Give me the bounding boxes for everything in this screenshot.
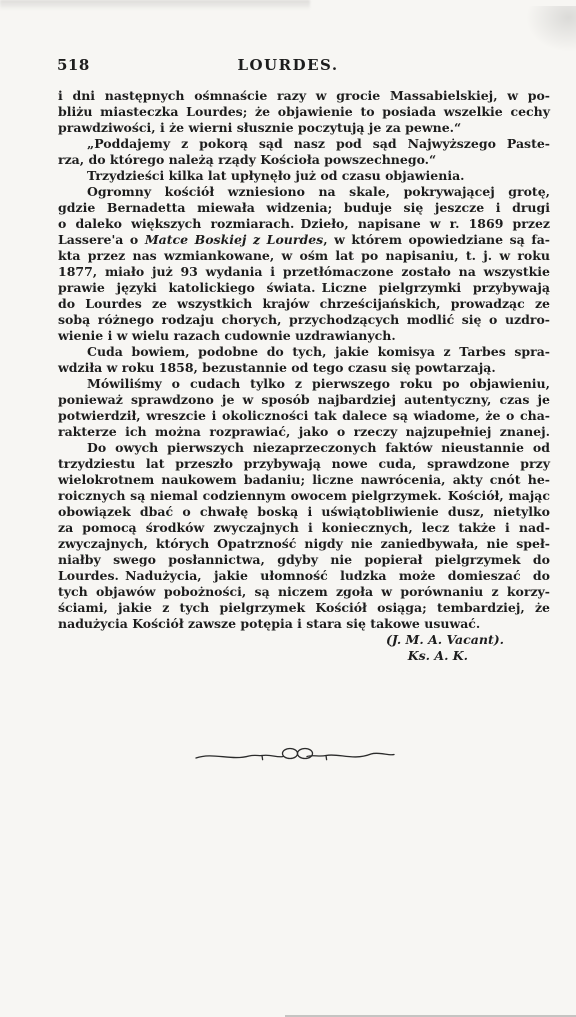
text-line: zwyczajnych, których Opatrzność nigdy ni… (58, 536, 550, 552)
text-line: prawie języki katolickiego świata. Liczn… (58, 280, 550, 296)
text-line: Trzydzieści kilka lat upłynęło już od cz… (58, 168, 550, 184)
text-line: sobą różnego rodzaju chorych, przychodzą… (58, 312, 550, 328)
text-line: o daleko większych rozmiarach. Dzieło, n… (58, 216, 550, 232)
running-title: LOURDES. (0, 56, 576, 74)
attribution: (J. M. A. Vacant).Ks. A. K. (58, 632, 550, 664)
paragraph: Ogromny kościół wzniesiono na skale, pok… (58, 184, 550, 344)
text-line: bliżu miasteczka Lourdes; że objawienie … (58, 104, 550, 120)
text-line: ponieważ sprawdzono je w sposób najbardz… (58, 392, 550, 408)
paragraph: „Poddajemy z pokorą sąd nasz pod sąd Naj… (58, 136, 550, 168)
text-line: Lassere'a o Matce Boskiej z Lourdes, w k… (58, 232, 550, 248)
text-line: wdziła w roku 1858, bezustannie od tego … (58, 360, 550, 376)
text-line: rakterze ich można rozprawiać, jako o rz… (58, 424, 550, 440)
text-line: ściami, jakie z tych pielgrzymek Kościół… (58, 600, 550, 616)
attribution-line-2: Ks. A. K. (58, 648, 550, 664)
text-line: niałby swego posłannictwa, gdyby nie pop… (58, 552, 550, 568)
scan-noise-top-right (526, 6, 576, 52)
flourish-divider-icon (193, 742, 397, 768)
scan-noise-top-left (0, 0, 310, 10)
text-line: wielokrotnem naukowem badaniu; liczne na… (58, 472, 550, 488)
text-line: Cuda bowiem, podobne do tych, jakie komi… (58, 344, 550, 360)
attribution-line-1: (J. M. A. Vacant). (58, 632, 550, 648)
paragraph: Mówiliśmy o cudach tylko z pierwszego ro… (58, 376, 550, 440)
text-line: do Lourdes ze wszystkich krajów chrześci… (58, 296, 550, 312)
paragraph: i dni następnych ośmnaście razy w grocie… (58, 88, 550, 136)
text-line: rza, do którego należą rządy Kościoła po… (58, 152, 550, 168)
text-line: „Poddajemy z pokorą sąd nasz pod sąd Naj… (58, 136, 550, 152)
text-line: wienie i w wielu razach cudownie uzdrawi… (58, 328, 550, 344)
paragraph: Cuda bowiem, podobne do tych, jakie komi… (58, 344, 550, 376)
text-line: potwierdził, wreszcie i okoliczności tak… (58, 408, 550, 424)
text-line: obowiązek dbać o chwałę boską i uświątob… (58, 504, 550, 520)
text-line: gdzie Bernadetta miewała widzenia; buduj… (58, 200, 550, 216)
paragraph: Trzydzieści kilka lat upłynęło już od cz… (58, 168, 550, 184)
paragraph: Do owych pierwszych niezaprzeczonych fak… (58, 440, 550, 632)
text-line: Lourdes. Nadużycia, jakie ułomność ludzk… (58, 568, 550, 584)
text-line: za pomocą środków zwyczajnych i konieczn… (58, 520, 550, 536)
text-block: i dni następnych ośmnaście razy w grocie… (58, 88, 550, 664)
text-line: tych objawów pobożności, są niczem zgoła… (58, 584, 550, 600)
text-line: Mówiliśmy o cudach tylko z pierwszego ro… (58, 376, 550, 392)
text-line: trzydziestu lat przeszło przybywają nowe… (58, 456, 550, 472)
scanned-book-page: { "colors": { "paper": "#f7f6f3", "ink":… (0, 0, 576, 1017)
text-line: Ogromny kościół wzniesiono na skale, pok… (58, 184, 550, 200)
text-line: nadużycia Kościół zawsze potępia i stara… (58, 616, 550, 632)
text-line: 1877, miało już 93 wydania i przetłómacz… (58, 264, 550, 280)
text-line: prawdziwości, i że wierni słusznie poczy… (58, 120, 550, 136)
text-line: Do owych pierwszych niezaprzeczonych fak… (58, 440, 550, 456)
text-line: kta przez nas wzmiankowane, w ośm lat po… (58, 248, 550, 264)
text-line: roicznych są niemal codziennym owocem pi… (58, 488, 550, 504)
text-line: i dni następnych ośmnaście razy w grocie… (58, 88, 550, 104)
